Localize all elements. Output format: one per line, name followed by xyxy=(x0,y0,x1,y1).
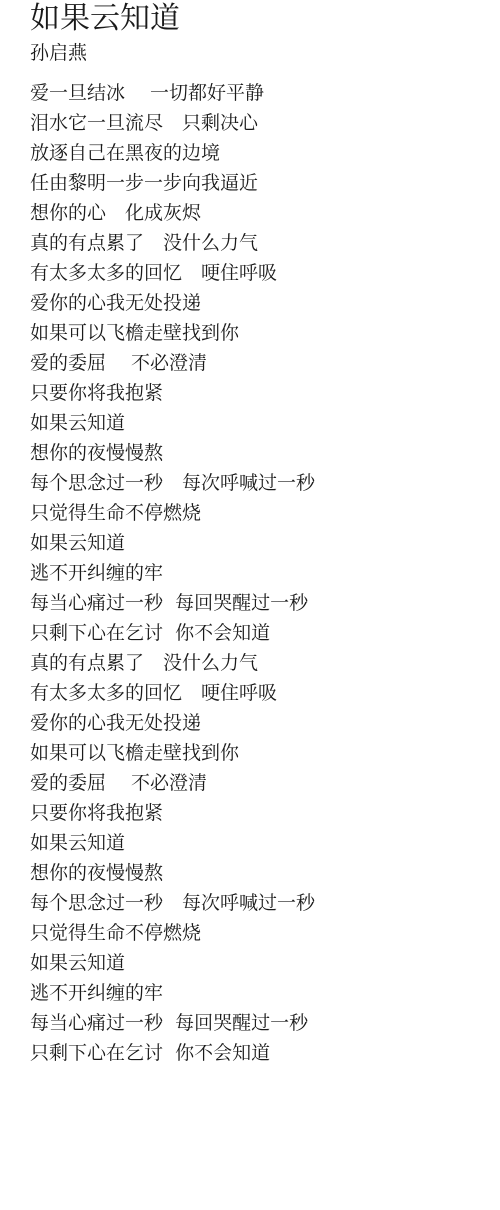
lyric-line: 爱的委屈 不必澄清 xyxy=(30,768,315,798)
lyric-line: 爱一旦结冰 一切都好平静 xyxy=(30,78,315,108)
lyric-line: 每当心痛过一秒 每回哭醒过一秒 xyxy=(30,1008,315,1038)
lyric-line: 只剩下心在乞讨 你不会知道 xyxy=(30,1038,315,1068)
lyric-line: 放逐自己在黑夜的边境 xyxy=(30,138,315,168)
lyric-line: 有太多太多的回忆 哽住呼吸 xyxy=(30,678,315,708)
lyric-line: 逃不开纠缠的牢 xyxy=(30,558,315,588)
lyric-line: 如果可以飞檐走壁找到你 xyxy=(30,318,315,348)
lyric-line: 爱你的心我无处投递 xyxy=(30,708,315,738)
lyric-line: 如果云知道 xyxy=(30,828,315,858)
lyric-line: 每个思念过一秒 每次呼喊过一秒 xyxy=(30,468,315,498)
lyric-line: 真的有点累了 没什么力气 xyxy=(30,648,315,678)
lyric-line: 只剩下心在乞讨 你不会知道 xyxy=(30,618,315,648)
artist-name: 孙启燕 xyxy=(30,40,87,66)
lyric-line: 泪水它一旦流尽 只剩决心 xyxy=(30,108,315,138)
lyric-line: 如果云知道 xyxy=(30,948,315,978)
lyric-line: 想你的夜慢慢熬 xyxy=(30,438,315,468)
lyric-line: 只觉得生命不停燃烧 xyxy=(30,918,315,948)
lyrics-list: 爱一旦结冰 一切都好平静泪水它一旦流尽 只剩决心放逐自己在黑夜的边境任由黎明一步… xyxy=(30,78,315,1068)
lyric-line: 真的有点累了 没什么力气 xyxy=(30,228,315,258)
lyric-line: 想你的心 化成灰烬 xyxy=(30,198,315,228)
lyric-line: 只要你将我抱紧 xyxy=(30,378,315,408)
lyric-line: 每当心痛过一秒 每回哭醒过一秒 xyxy=(30,588,315,618)
lyric-line: 爱的委屈 不必澄清 xyxy=(30,348,315,378)
lyric-line: 如果云知道 xyxy=(30,408,315,438)
lyric-line: 只觉得生命不停燃烧 xyxy=(30,498,315,528)
lyric-line: 任由黎明一步一步向我逼近 xyxy=(30,168,315,198)
lyric-line: 想你的夜慢慢熬 xyxy=(30,858,315,888)
lyric-line: 有太多太多的回忆 哽住呼吸 xyxy=(30,258,315,288)
lyric-line: 如果云知道 xyxy=(30,528,315,558)
lyric-line: 逃不开纠缠的牢 xyxy=(30,978,315,1008)
lyric-line: 爱你的心我无处投递 xyxy=(30,288,315,318)
lyric-line: 如果可以飞檐走壁找到你 xyxy=(30,738,315,768)
lyric-line: 只要你将我抱紧 xyxy=(30,798,315,828)
lyric-line: 每个思念过一秒 每次呼喊过一秒 xyxy=(30,888,315,918)
song-title: 如果云知道 xyxy=(30,0,180,38)
